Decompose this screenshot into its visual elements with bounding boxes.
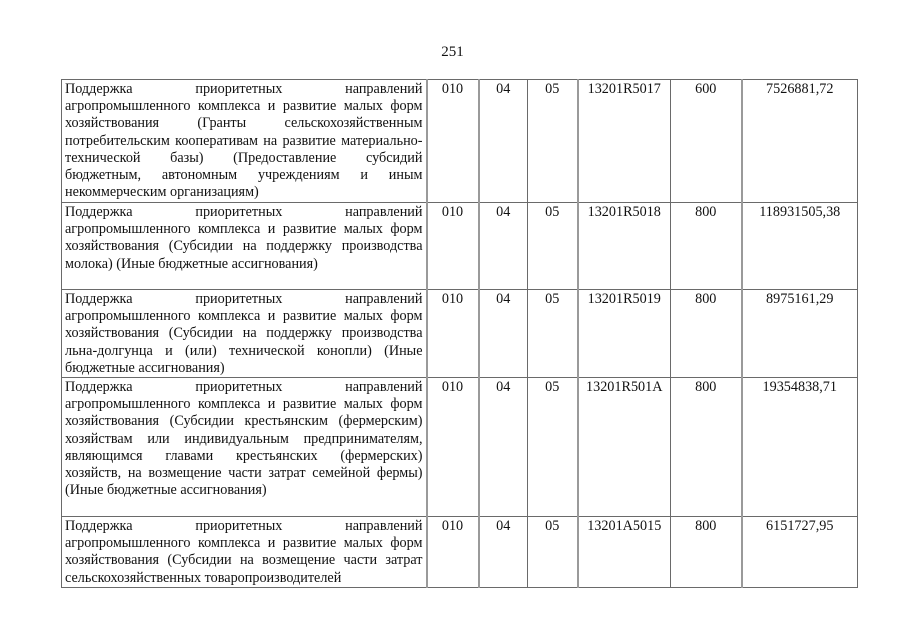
section-code: 04: [479, 378, 528, 517]
expense-description: Поддержка приоритетных направлений агроп…: [62, 517, 427, 588]
expense-description: Поддержка приоритетных направлений агроп…: [62, 80, 427, 203]
target-article-code: 13201A5015: [578, 517, 671, 588]
expense-description: Поддержка приоритетных направлений агроп…: [62, 203, 427, 290]
grbs-code: 010: [427, 203, 479, 290]
subsection-code: 05: [528, 378, 578, 517]
table-row: Поддержка приоритетных направлений агроп…: [62, 517, 858, 588]
page-number: 251: [0, 44, 905, 61]
grbs-code: 010: [427, 378, 479, 517]
table-row: Поддержка приоритетных направлений агроп…: [62, 80, 858, 203]
section-code: 04: [479, 290, 528, 378]
subsection-code: 05: [528, 290, 578, 378]
budget-table: Поддержка приоритетных направлений агроп…: [61, 79, 858, 588]
expense-description: Поддержка приоритетных направлений агроп…: [62, 378, 427, 517]
grbs-code: 010: [427, 80, 479, 203]
section-code: 04: [479, 517, 528, 588]
table-row: Поддержка приоритетных направлений агроп…: [62, 378, 858, 517]
amount: 7526881,72: [742, 80, 858, 203]
table-row: Поддержка приоритетных направлений агроп…: [62, 290, 858, 378]
section-code: 04: [479, 80, 528, 203]
amount: 8975161,29: [742, 290, 858, 378]
section-code: 04: [479, 203, 528, 290]
target-article-code: 13201R5017: [578, 80, 671, 203]
target-article-code: 13201R5019: [578, 290, 671, 378]
subsection-code: 05: [528, 517, 578, 588]
target-article-code: 13201R501A: [578, 378, 671, 517]
expense-type-code: 800: [671, 378, 742, 517]
subsection-code: 05: [528, 203, 578, 290]
expense-type-code: 800: [671, 517, 742, 588]
amount: 6151727,95: [742, 517, 858, 588]
subsection-code: 05: [528, 80, 578, 203]
expense-type-code: 800: [671, 290, 742, 378]
amount: 19354838,71: [742, 378, 858, 517]
target-article-code: 13201R5018: [578, 203, 671, 290]
expense-type-code: 800: [671, 203, 742, 290]
grbs-code: 010: [427, 290, 479, 378]
expense-description: Поддержка приоритетных направлений агроп…: [62, 290, 427, 378]
amount: 118931505,38: [742, 203, 858, 290]
grbs-code: 010: [427, 517, 479, 588]
expense-type-code: 600: [671, 80, 742, 203]
table-row: Поддержка приоритетных направлений агроп…: [62, 203, 858, 290]
